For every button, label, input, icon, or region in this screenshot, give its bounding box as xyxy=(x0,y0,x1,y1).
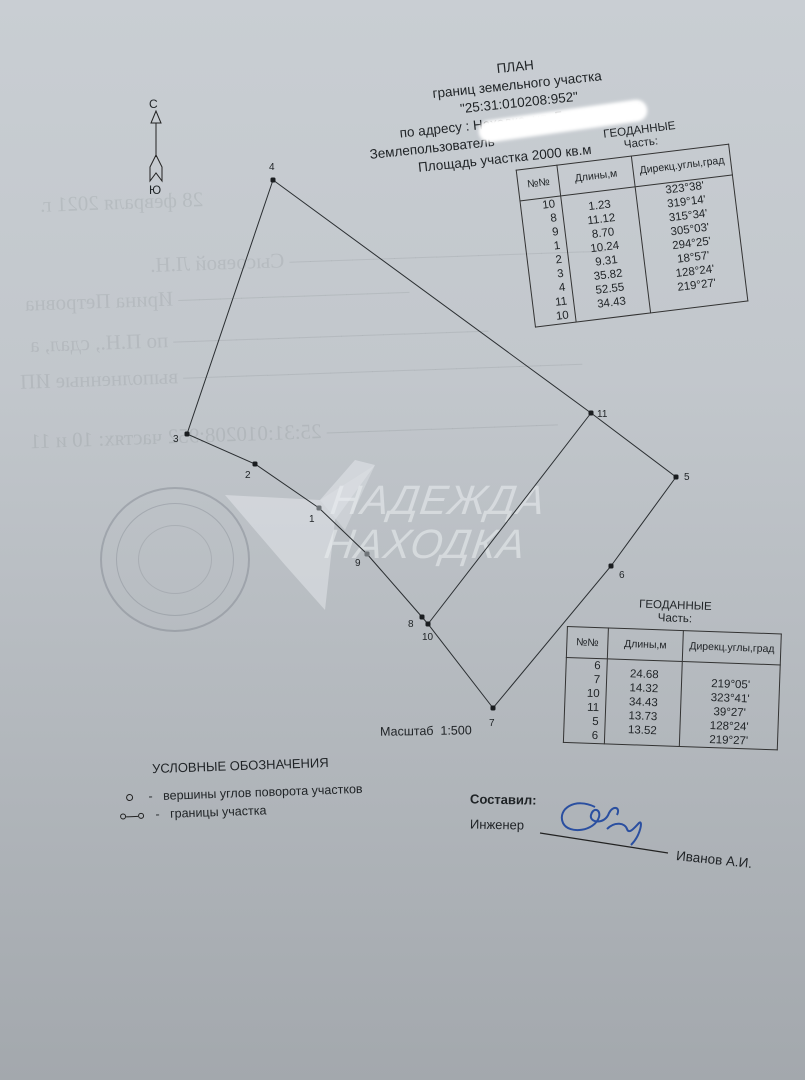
col-header-number: №№ xyxy=(516,165,560,201)
table-cell: 10 xyxy=(540,308,569,325)
vertex-point xyxy=(426,622,431,627)
vertex-label: 10 xyxy=(422,632,434,643)
table-cell: 10 xyxy=(571,686,599,701)
table-cell: 6 xyxy=(572,658,600,673)
geodata-table: №№ Длины,м Дирекц.углы,град 108912341110… xyxy=(516,144,749,328)
vertex-label: 3 xyxy=(173,434,179,445)
scale-value: 1:500 xyxy=(440,723,472,738)
table-cell: 13.52 xyxy=(611,723,673,739)
vertex-point xyxy=(271,178,276,183)
vertex-label: 8 xyxy=(408,619,414,630)
vertex-point xyxy=(420,615,425,620)
vertex-label: 7 xyxy=(489,718,495,729)
boundary-line-icon xyxy=(120,813,144,820)
signature-icon xyxy=(535,795,675,865)
geodata-table-2: ГЕОДАННЫЕ Часть: №№ Длины,м Дирекц.углы,… xyxy=(563,596,783,750)
table-cell: 5 xyxy=(570,714,598,729)
col-header-number: №№ xyxy=(566,626,608,658)
vertex-label: 2 xyxy=(245,470,251,481)
legend-dash: - xyxy=(155,807,160,821)
vertex-label: 5 xyxy=(684,472,690,483)
engineer-label: Инженер xyxy=(470,817,524,833)
vertex-point xyxy=(589,411,594,416)
scale-text: Масштаб xyxy=(380,724,434,739)
vertex-point xyxy=(185,432,190,437)
angles-column: 219°05'323°41'39°27'128°24'219°27' xyxy=(679,662,780,750)
vertex-point xyxy=(365,552,370,557)
col-header-length: Длины,м xyxy=(607,628,683,662)
vertex-point xyxy=(253,462,258,467)
vertex-label: 1 xyxy=(309,514,315,525)
geodata-table-1: ГЕОДАННЫЕ Часть: №№ Длины,м Дирекц.углы,… xyxy=(512,114,749,328)
vertex-point xyxy=(491,706,496,711)
compiled-by-label: Составил: xyxy=(470,791,537,807)
vertex-label: 9 xyxy=(355,558,361,569)
vertex-label: 11 xyxy=(597,409,608,420)
vertex-point xyxy=(609,564,614,569)
vertex-label: 6 xyxy=(619,570,625,581)
vertex-circle-icon xyxy=(126,794,133,801)
table-cell: 11 xyxy=(571,700,599,715)
scale-label: Масштаб 1:500 xyxy=(380,723,472,739)
vertex-label: 4 xyxy=(269,162,275,173)
table-cell: 7 xyxy=(572,672,600,687)
points-column: 67101156 xyxy=(563,657,607,743)
lengths-column: 24.6814.3234.4313.7313.52 xyxy=(604,659,682,747)
legend-dash: - xyxy=(148,789,153,803)
col-header-angle: Дирекц.углы,град xyxy=(682,631,781,665)
table-cell: 6 xyxy=(570,728,598,743)
land-plot-plan-document: 28 февраля 2021 г. ——————————————— Сысое… xyxy=(0,0,805,1080)
geodata-table: №№ Длины,м Дирекц.углы,град 67101156 24.… xyxy=(563,626,782,750)
vertex-point xyxy=(674,475,679,480)
table-cell: 219°27' xyxy=(686,732,772,749)
vertex-point xyxy=(317,506,322,511)
angles-column: 323°38'319°14'315°34'305°03'294°25'18°57… xyxy=(635,175,748,313)
